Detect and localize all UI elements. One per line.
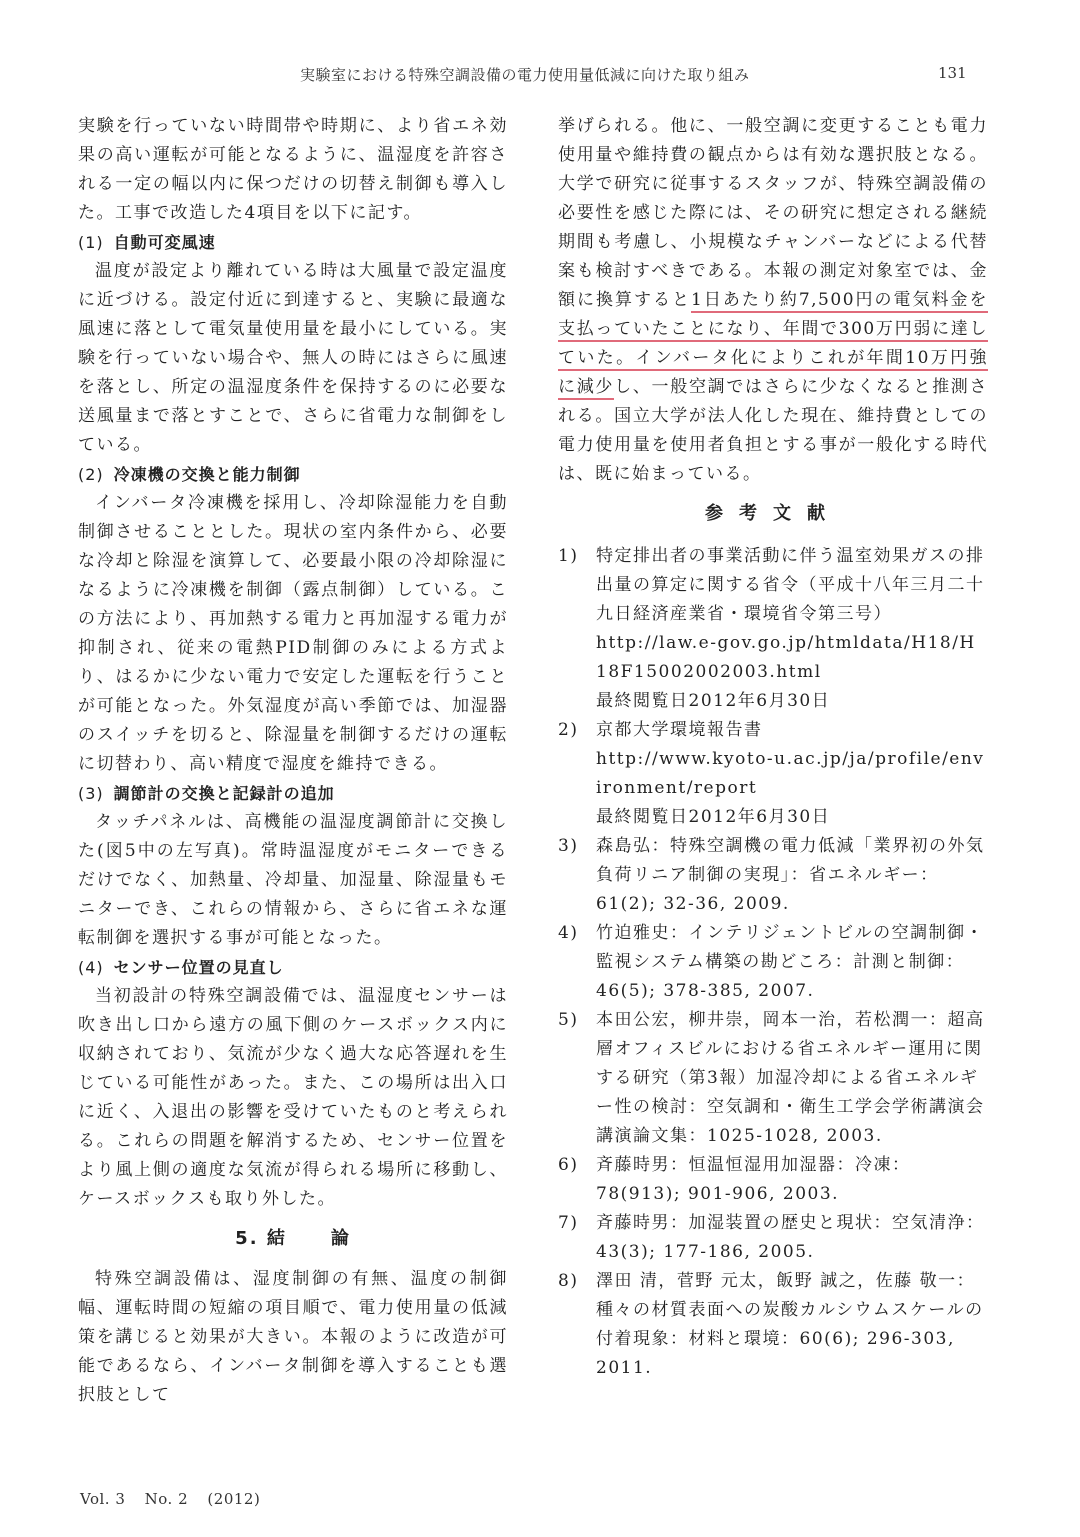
item-number: (2) (78, 465, 104, 484)
item-heading: (2)冷凍機の交換と能力制御 (78, 460, 508, 489)
continuation-before: 挙げられる。他に、一般空調に変更することも電力使用量や維持費の観点からは有効な選… (558, 116, 988, 310)
item-3: (3)調節計の交換と記録計の追加 タッチパネルは、高機能の温湿度調節計に交換した… (78, 779, 508, 953)
item-heading: (1)自動可変風速 (78, 228, 508, 257)
item-number: (1) (78, 233, 104, 252)
reference-item: 8) 澤田 清，菅野 元太，飯野 誠之，佐藤 敬一：種々の材質表面への炭酸カルシ… (558, 1267, 988, 1383)
journal-footer: Vol. 3 No. 2 (2012) (80, 1490, 274, 1508)
reference-item: 5) 本田公宏，柳井崇，岡本一治，若松潤一：超高層オフィスビルにおける省エネルギ… (558, 1006, 988, 1151)
reference-number: 7) (558, 1209, 596, 1267)
reference-text: 斉藤時男：加湿装置の歴史と現状：空気清浄：43(3); 177-186, 200… (596, 1209, 988, 1267)
references-list: 1) 特定排出者の事業活動に伴う温室効果ガスの排出量の算定に関する省令（平成十八… (558, 542, 988, 1383)
item-body: インバータ冷凍機を採用し、冷却除湿能力を自動制御させることとした。現状の室内条件… (78, 489, 508, 779)
reference-number: 2) (558, 716, 596, 832)
reference-number: 1) (558, 542, 596, 716)
continuation-after: し、一般空調ではさらに少なくなると推測される。国立大学が法人化した現在、維持費と… (558, 377, 988, 484)
left-column: 実験を行っていない時間帯や時期に、より省エネ効果の高い運転が可能となるように、温… (78, 112, 508, 1410)
volume: Vol. 3 (80, 1490, 125, 1508)
intro-paragraph: 実験を行っていない時間帯や時期に、より省エネ効果の高い運転が可能となるように、温… (78, 112, 508, 228)
item-4: (4)センサー位置の見直し 当初設計の特殊空調設備では、温湿度センサーは吹き出し… (78, 953, 508, 1214)
reference-accessed: 最終閲覧日2012年6月30日 (596, 687, 988, 716)
reference-text: 森島弘：特殊空調機の電力低減「業界初の外気負荷リニア制御の実現」：省エネルギー：… (596, 832, 988, 919)
section-number: 5. (235, 1228, 258, 1249)
issue-number: No. 2 (145, 1490, 188, 1508)
reference-number: 3) (558, 832, 596, 919)
item-number: (3) (78, 784, 104, 803)
reference-item: 3) 森島弘：特殊空調機の電力低減「業界初の外気負荷リニア制御の実現」：省エネル… (558, 832, 988, 919)
right-column: 挙げられる。他に、一般空調に変更することも電力使用量や維持費の観点からは有効な選… (558, 112, 988, 1383)
item-1: (1)自動可変風速 温度が設定より離れている時は大風量で設定温度に近づける。設定… (78, 228, 508, 460)
item-heading: (4)センサー位置の見直し (78, 953, 508, 982)
item-title: センサー位置の見直し (114, 958, 284, 977)
reference-text: 竹迫雅史：インテリジェントビルの空調制御・監視システム構築の勘どころ：計測と制御… (596, 919, 988, 1006)
references-heading: 参考文献 (558, 499, 988, 528)
reference-url[interactable]: http://law.e-gov.go.jp/htmldata/H18/H18F… (596, 629, 988, 687)
reference-number: 8) (558, 1267, 596, 1383)
reference-number: 5) (558, 1006, 596, 1151)
reference-item: 6) 斉藤時男：恒温恒湿用加湿器：冷凍：78(913); 901-906, 20… (558, 1151, 988, 1209)
item-body: タッチパネルは、高機能の温湿度調節計に交換した(図5中の左写真)。常時温湿度がモ… (78, 808, 508, 953)
reference-text: 本田公宏，柳井崇，岡本一治，若松潤一：超高層オフィスビルにおける省エネルギー運用… (596, 1006, 988, 1151)
reference-text: 特定排出者の事業活動に伴う温室効果ガスの排出量の算定に関する省令（平成十八年三月… (596, 542, 988, 629)
running-title: 実験室における特殊空調設備の電力使用量低減に向けた取り組み (300, 64, 750, 85)
page-number: 131 (938, 64, 967, 82)
reference-url[interactable]: http://www.kyoto-u.ac.jp/ja/profile/envi… (596, 745, 988, 803)
section-title-b: 論 (331, 1228, 351, 1249)
item-heading: (3)調節計の交換と記録計の追加 (78, 779, 508, 808)
running-header: 実験室における特殊空調設備の電力使用量低減に向けた取り組み 131 (0, 64, 1080, 92)
year: (2012) (207, 1490, 260, 1508)
reference-text: 京都大学環境報告書 (596, 716, 988, 745)
item-body: 当初設計の特殊空調設備では、温湿度センサーは吹き出し口から遠方の風下側のケースボ… (78, 982, 508, 1214)
item-number: (4) (78, 958, 104, 977)
item-body: 温度が設定より離れている時は大風量で設定温度に近づける。設定付近に到達すると、実… (78, 257, 508, 460)
item-title: 自動可変風速 (114, 233, 216, 252)
reference-text: 澤田 清，菅野 元太，飯野 誠之，佐藤 敬一：種々の材質表面への炭酸カルシウムス… (596, 1267, 988, 1383)
reference-item: 2) 京都大学環境報告書 http://www.kyoto-u.ac.jp/ja… (558, 716, 988, 832)
conclusion-body: 特殊空調設備は、湿度制御の有無、温度の制御幅、運転時間の短縮の項目順で、電力使用… (78, 1265, 508, 1410)
item-title: 調節計の交換と記録計の追加 (114, 784, 335, 803)
conclusion-heading: 5. 結論 (78, 1224, 508, 1253)
item-title: 冷凍機の交換と能力制御 (114, 465, 301, 484)
section-title-a: 結 (267, 1228, 287, 1249)
reference-item: 1) 特定排出者の事業活動に伴う温室効果ガスの排出量の算定に関する省令（平成十八… (558, 542, 988, 716)
reference-item: 7) 斉藤時男：加湿装置の歴史と現状：空気清浄：43(3); 177-186, … (558, 1209, 988, 1267)
reference-number: 6) (558, 1151, 596, 1209)
conclusion-continuation: 挙げられる。他に、一般空調に変更することも電力使用量や維持費の観点からは有効な選… (558, 112, 988, 489)
item-2: (2)冷凍機の交換と能力制御 インバータ冷凍機を採用し、冷却除湿能力を自動制御さ… (78, 460, 508, 779)
reference-text: 斉藤時男：恒温恒湿用加湿器：冷凍：78(913); 901-906, 2003. (596, 1151, 988, 1209)
reference-accessed: 最終閲覧日2012年6月30日 (596, 803, 988, 832)
reference-number: 4) (558, 919, 596, 1006)
reference-item: 4) 竹迫雅史：インテリジェントビルの空調制御・監視システム構築の勘どころ：計測… (558, 919, 988, 1006)
